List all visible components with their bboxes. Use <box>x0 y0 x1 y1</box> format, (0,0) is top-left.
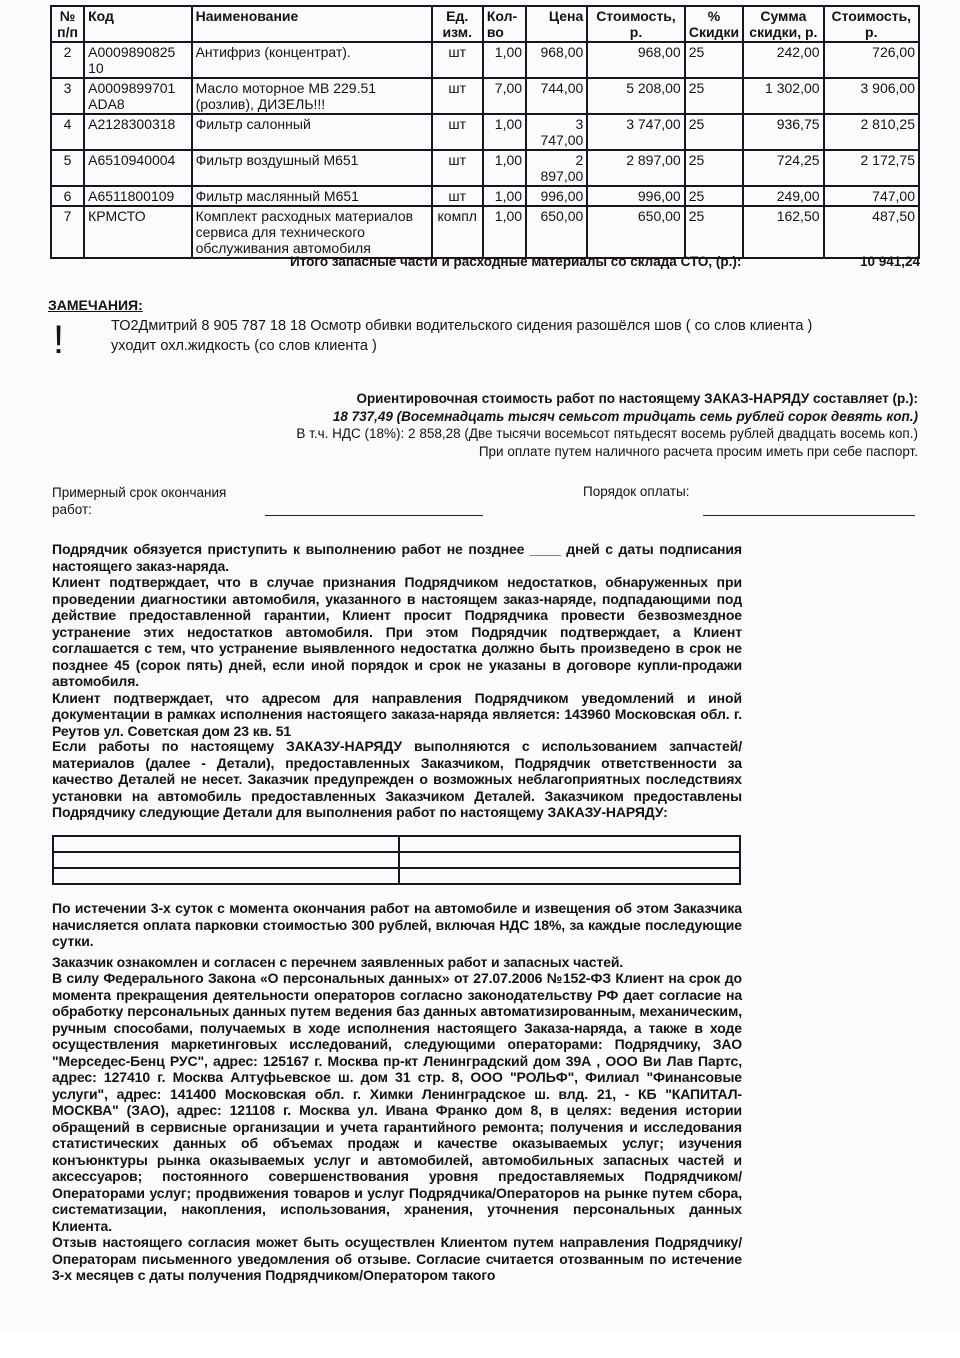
col-header-number: № п/п <box>51 6 84 42</box>
cell-cost: 650,00 <box>587 206 684 258</box>
warranty-paragraph: Клиент подтверждает, что в случае призна… <box>52 574 742 690</box>
cell-name: Фильтр маслянный M651 <box>192 186 432 206</box>
cell-code: A2128300318 <box>84 114 191 150</box>
table-row: 6 A6511800109 Фильтр маслянный M651 шт 1… <box>51 186 919 206</box>
remarks-text: ТО2Дмитрий 8 905 787 18 18 Осмотр обивки… <box>111 316 921 356</box>
cell-discount-pct: 25 <box>685 150 743 186</box>
cell-unit: шт <box>432 78 483 114</box>
parts-table: № п/п Код Наименование Ед. изм. Кол-во Ц… <box>50 5 920 259</box>
cell-discount-sum: 162,50 <box>743 206 823 258</box>
table-row <box>53 868 740 884</box>
cell-cost: 3 747,00 <box>587 114 684 150</box>
remarks-title: ЗАМЕЧАНИЯ: <box>48 297 143 313</box>
cell-total: 3 906,00 <box>824 78 919 114</box>
col-header-name: Наименование <box>192 6 432 42</box>
cell-price: 968,00 <box>526 42 587 78</box>
col-header-cost: Стоимость, р. <box>587 6 684 42</box>
cell-unit: шт <box>432 150 483 186</box>
cell-total: 2 172,75 <box>824 150 919 186</box>
table-row <box>53 852 740 868</box>
consent-revocation-paragraph: Отзыв настоящего согласия может быть осу… <box>52 1234 742 1284</box>
client-part-cell[interactable] <box>399 852 740 868</box>
completion-term-field[interactable] <box>265 515 483 516</box>
parts-total-value: 10 941,24 <box>860 254 920 269</box>
cell-unit: шт <box>432 42 483 78</box>
cell-number: 7 <box>51 206 84 258</box>
completion-term-label: Примерный срок окончания работ: <box>52 484 252 518</box>
col-header-price: Цена <box>526 6 587 42</box>
cell-total: 2 810,25 <box>824 114 919 150</box>
terms-block-2: По истечении 3-х суток с момента окончан… <box>52 900 742 1284</box>
table-row: 5 A6510940004 Фильтр воздушный M651 шт 1… <box>51 150 919 186</box>
cell-name: Антифриз (концентрат). <box>192 42 432 78</box>
cell-discount-sum: 936,75 <box>743 114 823 150</box>
table-row: 7 КРМСТО Комплект расходных материалов с… <box>51 206 919 258</box>
cell-cost: 5 208,00 <box>587 78 684 114</box>
client-part-cell[interactable] <box>399 868 740 884</box>
cell-number: 3 <box>51 78 84 114</box>
cell-price: 3 747,00 <box>526 114 587 150</box>
cell-discount-pct: 25 <box>685 78 743 114</box>
parts-table-header: № п/п Код Наименование Ед. изм. Кол-во Ц… <box>51 6 919 42</box>
payment-order-field[interactable] <box>703 515 915 516</box>
personal-data-paragraph: В силу Федерального Закона «О персональн… <box>52 970 742 1234</box>
start-term-paragraph: Подрядчик обязуется приступить к выполне… <box>52 541 742 574</box>
estimate-passport-note: При оплате путем наличного расчета проси… <box>200 443 918 461</box>
cell-discount-sum: 242,00 <box>743 42 823 78</box>
address-paragraph: Клиент подтверждает, что адресом для нап… <box>52 690 742 740</box>
cell-number: 4 <box>51 114 84 150</box>
table-row <box>53 836 740 852</box>
remarks-line-1: ТО2Дмитрий 8 905 787 18 18 Осмотр обивки… <box>111 316 921 336</box>
client-part-cell[interactable] <box>53 852 399 868</box>
payment-order-label: Порядок оплаты: <box>583 484 689 499</box>
estimate-heading: Ориентировочная стоимость работ по насто… <box>200 390 918 408</box>
estimate-vat: В т.ч. НДС (18%): 2 858,28 (Две тысячи в… <box>200 425 918 443</box>
cost-estimate: Ориентировочная стоимость работ по насто… <box>200 390 918 460</box>
cell-total: 747,00 <box>824 186 919 206</box>
cell-unit: компл <box>432 206 483 258</box>
col-header-total: Стоимость, р. <box>824 6 919 42</box>
exclamation-icon: ! <box>53 318 64 362</box>
client-part-cell[interactable] <box>53 836 399 852</box>
parts-total-label: Итого запасные части и расходные материа… <box>290 254 741 269</box>
cell-discount-sum: 724,25 <box>743 150 823 186</box>
cell-code: КРМСТО <box>84 206 191 258</box>
cell-discount-pct: 25 <box>685 42 743 78</box>
cell-price: 744,00 <box>526 78 587 114</box>
client-parts-table <box>52 835 741 885</box>
page-bottom-margin <box>0 1330 960 1358</box>
cell-cost: 968,00 <box>587 42 684 78</box>
cell-discount-sum: 249,00 <box>743 186 823 206</box>
cell-price: 650,00 <box>526 206 587 258</box>
cell-cost: 996,00 <box>587 186 684 206</box>
cell-name: Фильтр воздушный M651 <box>192 150 432 186</box>
parts-total: Итого запасные части и расходные материа… <box>290 254 920 269</box>
col-header-discount-sum: Сумма скидки, р. <box>743 6 823 42</box>
cell-total: 726,00 <box>824 42 919 78</box>
cell-number: 6 <box>51 186 84 206</box>
cell-price: 2 897,00 <box>526 150 587 186</box>
cell-qty: 1,00 <box>483 42 526 78</box>
cell-unit: шт <box>432 186 483 206</box>
cell-price: 996,00 <box>526 186 587 206</box>
cell-code: A0009890825 10 <box>84 42 191 78</box>
acknowledgement-paragraph: Заказчик ознакомлен и согласен с перечне… <box>52 954 742 971</box>
cell-qty: 7,00 <box>483 78 526 114</box>
cell-total: 487,50 <box>824 206 919 258</box>
estimate-amount: 18 737,49 (Восемнадцать тысяч семьсот тр… <box>200 408 918 426</box>
cell-code: A6511800109 <box>84 186 191 206</box>
cell-qty: 1,00 <box>483 206 526 258</box>
cell-number: 5 <box>51 150 84 186</box>
parking-paragraph: По истечении 3-х суток с момента окончан… <box>52 900 742 950</box>
cell-unit: шт <box>432 114 483 150</box>
table-row: 4 A2128300318 Фильтр салонный шт 1,00 3 … <box>51 114 919 150</box>
col-header-unit: Ед. изм. <box>432 6 483 42</box>
col-header-code: Код <box>84 6 191 42</box>
client-part-cell[interactable] <box>53 868 399 884</box>
cell-discount-pct: 25 <box>685 114 743 150</box>
col-header-qty: Кол-во <box>483 6 526 42</box>
cell-code: A0009899701 ADA8 <box>84 78 191 114</box>
cell-name: Фильтр салонный <box>192 114 432 150</box>
client-part-cell[interactable] <box>399 836 740 852</box>
cell-discount-sum: 1 302,00 <box>743 78 823 114</box>
table-row: 2 A0009890825 10 Антифриз (концентрат). … <box>51 42 919 78</box>
client-parts-paragraph: Если работы по настоящему ЗАКАЗУ-НАРЯДУ … <box>52 738 742 821</box>
table-row: 3 A0009899701 ADA8 Масло моторное MB 229… <box>51 78 919 114</box>
cell-qty: 1,00 <box>483 150 526 186</box>
remarks-line-2: уходит охл.жидкость (со слов клиента ) <box>111 336 921 356</box>
terms-block-1: Подрядчик обязуется приступить к выполне… <box>52 541 742 739</box>
cell-name: Комплект расходных материалов сервиса дл… <box>192 206 432 258</box>
cell-code: A6510940004 <box>84 150 191 186</box>
cell-qty: 1,00 <box>483 186 526 206</box>
cell-name: Масло моторное MB 229.51 (розлив), ДИЗЕЛ… <box>192 78 432 114</box>
cell-number: 2 <box>51 42 84 78</box>
cell-qty: 1,00 <box>483 114 526 150</box>
cell-discount-pct: 25 <box>685 186 743 206</box>
cell-cost: 2 897,00 <box>587 150 684 186</box>
cell-discount-pct: 25 <box>685 206 743 258</box>
work-order-page: № п/п Код Наименование Ед. изм. Кол-во Ц… <box>0 0 960 1358</box>
col-header-discount-pct: % Скидки <box>685 6 743 42</box>
